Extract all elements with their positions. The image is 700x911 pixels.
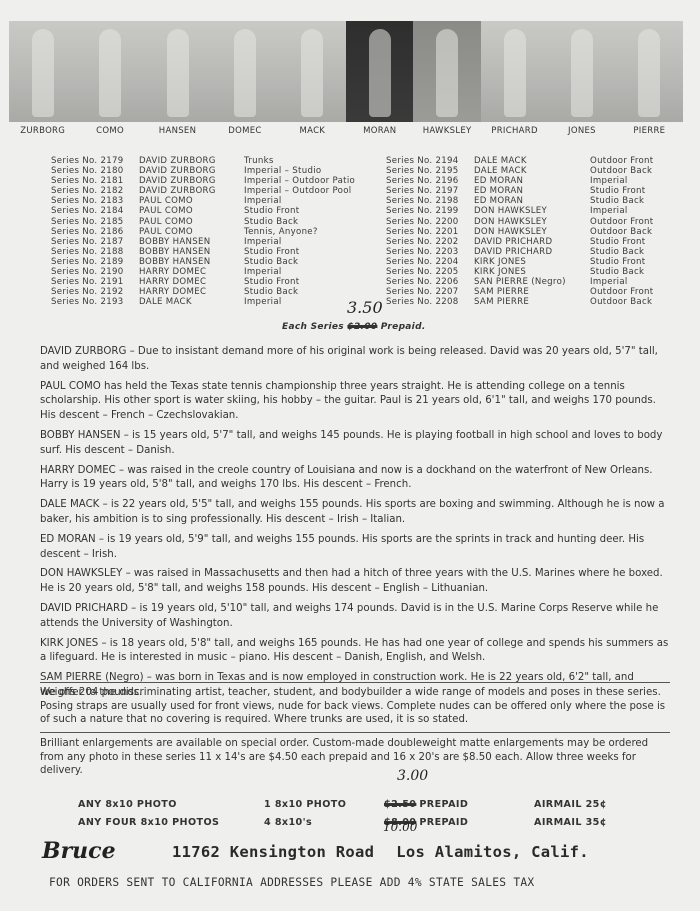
model-name: DALE MACK xyxy=(474,166,590,176)
series-number: Series No. 2188 xyxy=(51,247,139,257)
struck-price: $2.50 xyxy=(384,799,416,810)
series-number: Series No. 2201 xyxy=(386,227,474,237)
pose-type: Imperial xyxy=(244,297,282,307)
model-name: BOBBY HANSEN xyxy=(139,257,244,267)
series-number: Series No. 2193 xyxy=(51,297,139,307)
city-state: Los Alamitos, Calif. xyxy=(396,843,589,861)
model-name: DAVID PRICHARD xyxy=(474,237,590,247)
order-quantity: 1 8x10 PHOTO xyxy=(264,799,384,810)
model-photo-placeholder xyxy=(144,21,211,122)
series-number: Series No. 2205 xyxy=(386,267,474,277)
series-price-line: Each Series $2.00 Prepaid. xyxy=(282,322,426,332)
model-photo-placeholder xyxy=(279,21,346,122)
figure-silhouette xyxy=(571,29,593,117)
series-number: Series No. 2190 xyxy=(51,267,139,277)
series-number: Series No. 2195 xyxy=(386,166,474,176)
model-photo-placeholder xyxy=(9,21,76,122)
series-row: Series No. 2192HARRY DOMECStudio Back xyxy=(51,287,355,297)
price-terms: PREPAID xyxy=(419,799,468,810)
series-row: Series No. 2204KIRK JONESStudio Front xyxy=(386,257,653,267)
handwritten-four-price: 10.00 xyxy=(383,820,417,834)
model-name: HARRY DOMEC xyxy=(139,267,244,277)
series-number: Series No. 2191 xyxy=(51,277,139,287)
series-row: Series No. 2193DALE MACKImperial xyxy=(51,297,355,307)
series-row: Series No. 2191HARRY DOMECStudio Front xyxy=(51,277,355,287)
figure-silhouette xyxy=(504,29,526,117)
model-bio: BOBBY HANSEN – is 15 years old, 5'7" tal… xyxy=(40,429,670,459)
model-name: KIRK JONES xyxy=(474,257,590,267)
series-row: Series No. 2207SAM PIERREOutdoor Front xyxy=(386,287,653,297)
pose-type: Trunks xyxy=(244,156,274,166)
model-name: DAVID ZURBORG xyxy=(139,186,244,196)
order-label: ANY 8x10 PHOTO xyxy=(78,799,264,810)
pose-type: Imperial xyxy=(590,277,628,287)
pose-type: Imperial – Studio xyxy=(244,166,321,176)
series-row: Series No. 2197ED MORANStudio Front xyxy=(386,186,653,196)
pose-type: Imperial xyxy=(244,237,282,247)
order-option-row: ANY FOUR 8x10 PHOTOS4 8x10's$8.00PREPAID… xyxy=(78,813,634,831)
series-row: Series No. 2185PAUL COMOStudio Back xyxy=(51,217,355,227)
model-name: DAVID ZURBORG xyxy=(139,156,244,166)
figure-silhouette xyxy=(234,29,256,117)
series-number: Series No. 2179 xyxy=(51,156,139,166)
pose-type: Studio Front xyxy=(244,206,299,216)
mailing-address: 11762 Kensington RoadLos Alamitos, Calif… xyxy=(172,843,611,861)
model-photo-placeholder xyxy=(346,21,413,122)
model-name: DAVID PRICHARD xyxy=(474,247,590,257)
pose-type: Imperial xyxy=(590,206,628,216)
pose-type: Studio Back xyxy=(244,257,298,267)
series-row: Series No. 2180DAVID ZURBORGImperial – S… xyxy=(51,166,355,176)
model-photo-placeholder xyxy=(548,21,615,122)
series-number: Series No. 2200 xyxy=(386,217,474,227)
series-row: Series No. 2194DALE MACKOutdoor Front xyxy=(386,156,653,166)
model-caption: PIERRE xyxy=(616,126,683,136)
model-caption: ZURBORG xyxy=(9,126,76,136)
model-name: DALE MACK xyxy=(474,156,590,166)
series-row: Series No. 2187BOBBY HANSENImperial xyxy=(51,237,355,247)
pose-type: Outdoor Front xyxy=(590,287,653,297)
pose-type: Imperial – Outdoor Patio xyxy=(244,176,355,186)
model-bio: DAVID ZURBORG – Due to insistant demand … xyxy=(40,345,670,375)
series-number: Series No. 2189 xyxy=(51,257,139,267)
handwritten-series-price: 3.50 xyxy=(347,298,383,317)
model-name: HARRY DOMEC xyxy=(139,287,244,297)
series-number: Series No. 2198 xyxy=(386,196,474,206)
series-row: Series No. 2182DAVID ZURBORGImperial – O… xyxy=(51,186,355,196)
model-name: DALE MACK xyxy=(139,297,244,307)
model-bio: PAUL COMO has held the Texas state tenni… xyxy=(40,380,670,424)
series-row: Series No. 2198ED MORANStudio Back xyxy=(386,196,653,206)
series-number: Series No. 2185 xyxy=(51,217,139,227)
series-row: Series No. 2202DAVID PRICHARDStudio Fron… xyxy=(386,237,653,247)
order-option-row: ANY 8x10 PHOTO1 8x10 PHOTO$2.50PREPAIDAI… xyxy=(78,795,634,813)
figure-silhouette xyxy=(436,29,458,117)
model-bio: DAVID PRICHARD – is 19 years old, 5'10" … xyxy=(40,602,670,632)
figure-silhouette xyxy=(32,29,54,117)
pose-type: Outdoor Front xyxy=(590,217,653,227)
pose-type: Outdoor Back xyxy=(590,297,652,307)
pose-type: Tennis, Anyone? xyxy=(244,227,318,237)
order-price: $2.50PREPAID xyxy=(384,799,534,810)
model-caption: HANSEN xyxy=(144,126,211,136)
order-label: ANY FOUR 8x10 PHOTOS xyxy=(78,817,264,828)
series-row: Series No. 2188BOBBY HANSENStudio Front xyxy=(51,247,355,257)
price-prefix: Each Series xyxy=(282,322,347,332)
series-row: Series No. 2184PAUL COMOStudio Front xyxy=(51,206,355,216)
order-options: ANY 8x10 PHOTO1 8x10 PHOTO$2.50PREPAIDAI… xyxy=(78,795,634,831)
series-number: Series No. 2203 xyxy=(386,247,474,257)
model-photo-strip xyxy=(9,21,683,122)
model-caption: MACK xyxy=(279,126,346,136)
model-name: DON HAWKSLEY xyxy=(474,206,590,216)
model-caption: COMO xyxy=(76,126,143,136)
pose-type: Studio Front xyxy=(590,257,645,267)
model-name: DON HAWKSLEY xyxy=(474,227,590,237)
figure-silhouette xyxy=(167,29,189,117)
series-number: Series No. 2184 xyxy=(51,206,139,216)
series-row: Series No. 2190HARRY DOMECImperial xyxy=(51,267,355,277)
pose-type: Outdoor Back xyxy=(590,166,652,176)
series-number: Series No. 2182 xyxy=(51,186,139,196)
series-row: Series No. 2203DAVID PRICHARDStudio Back xyxy=(386,247,653,257)
model-photo-placeholder xyxy=(413,21,480,122)
model-photo-placeholder xyxy=(481,21,548,122)
pose-type: Studio Front xyxy=(590,237,645,247)
model-bio: ED MORAN – is 19 years old, 5'9" tall, a… xyxy=(40,533,670,563)
series-row: Series No. 2200DON HAWKSLEYOutdoor Front xyxy=(386,217,653,227)
series-number: Series No. 2206 xyxy=(386,277,474,287)
model-bio: DALE MACK – is 22 years old, 5'5" tall, … xyxy=(40,498,670,528)
model-caption: HAWKSLEY xyxy=(413,126,480,136)
figure-silhouette xyxy=(301,29,323,117)
series-row: Series No. 2199DON HAWKSLEYImperial xyxy=(386,206,653,216)
pose-type: Studio Front xyxy=(244,247,299,257)
model-name: KIRK JONES xyxy=(474,267,590,277)
pose-type: Outdoor Back xyxy=(590,227,652,237)
pose-type: Outdoor Front xyxy=(590,156,653,166)
price-terms: PREPAID xyxy=(419,817,468,828)
series-number: Series No. 2187 xyxy=(51,237,139,247)
pose-type: Imperial xyxy=(244,267,282,277)
series-row: Series No. 2201DON HAWKSLEYOutdoor Back xyxy=(386,227,653,237)
model-name: DAVID ZURBORG xyxy=(139,166,244,176)
brand-logo: Bruce xyxy=(42,838,116,864)
model-caption: DOMEC xyxy=(211,126,278,136)
pose-type: Studio Front xyxy=(244,277,299,287)
series-row: Series No. 2183PAUL COMOImperial xyxy=(51,196,355,206)
series-number: Series No. 2181 xyxy=(51,176,139,186)
sales-tax-notice: FOR ORDERS SENT TO CALIFORNIA ADDRESSES … xyxy=(49,876,534,889)
model-name: BOBBY HANSEN xyxy=(139,237,244,247)
model-captions: ZURBORGCOMOHANSENDOMECMACKMORANHAWKSLEYP… xyxy=(9,126,683,136)
pose-type: Studio Back xyxy=(590,267,644,277)
series-number: Series No. 2186 xyxy=(51,227,139,237)
pose-type: Studio Back xyxy=(590,247,644,257)
price-suffix: Prepaid. xyxy=(377,322,425,332)
offer-paragraph: We offer to the discriminating artist, t… xyxy=(40,686,670,727)
model-photo-placeholder xyxy=(211,21,278,122)
pose-type: Studio Front xyxy=(590,186,645,196)
model-name: ED MORAN xyxy=(474,196,590,206)
pose-type: Studio Back xyxy=(244,287,298,297)
model-name: BOBBY HANSEN xyxy=(139,247,244,257)
series-number: Series No. 2197 xyxy=(386,186,474,196)
figure-silhouette xyxy=(369,29,391,117)
series-row: Series No. 2208SAM PIERREOutdoor Back xyxy=(386,297,653,307)
divider xyxy=(40,682,670,683)
struck-series-price: $2.00 xyxy=(347,322,377,332)
model-name: PAUL COMO xyxy=(139,196,244,206)
model-name: DAVID ZURBORG xyxy=(139,176,244,186)
series-row: Series No. 2205KIRK JONESStudio Back xyxy=(386,267,653,277)
model-name: PAUL COMO xyxy=(139,227,244,237)
handwritten-single-price: 3.00 xyxy=(397,768,428,784)
model-bio: DON HAWKSLEY – was raised in Massachuset… xyxy=(40,567,670,597)
pose-type: Imperial xyxy=(590,176,628,186)
divider xyxy=(40,732,670,733)
model-bio: HARRY DOMEC – was raised in the creole c… xyxy=(40,464,670,494)
series-list-right: Series No. 2194DALE MACKOutdoor FrontSer… xyxy=(386,156,653,307)
model-name: ED MORAN xyxy=(474,176,590,186)
series-number: Series No. 2183 xyxy=(51,196,139,206)
airmail-price: AIRMAIL 35¢ xyxy=(534,817,634,828)
series-list-left: Series No. 2179DAVID ZURBORGTrunksSeries… xyxy=(51,156,355,307)
series-number: Series No. 2194 xyxy=(386,156,474,166)
series-row: Series No. 2186PAUL COMOTennis, Anyone? xyxy=(51,227,355,237)
series-row: Series No. 2206SAN PIERRE (Negro)Imperia… xyxy=(386,277,653,287)
series-row: Series No. 2189BOBBY HANSENStudio Back xyxy=(51,257,355,267)
figure-silhouette xyxy=(99,29,121,117)
series-number: Series No. 2208 xyxy=(386,297,474,307)
model-name: PAUL COMO xyxy=(139,217,244,227)
model-name: HARRY DOMEC xyxy=(139,277,244,287)
model-name: PAUL COMO xyxy=(139,206,244,216)
series-row: Series No. 2179DAVID ZURBORGTrunks xyxy=(51,156,355,166)
model-bios: DAVID ZURBORG – Due to insistant demand … xyxy=(40,345,670,706)
series-number: Series No. 2207 xyxy=(386,287,474,297)
airmail-price: AIRMAIL 25¢ xyxy=(534,799,634,810)
model-photo-placeholder xyxy=(616,21,683,122)
series-number: Series No. 2199 xyxy=(386,206,474,216)
pose-type: Imperial – Outdoor Pool xyxy=(244,186,351,196)
series-row: Series No. 2181DAVID ZURBORGImperial – O… xyxy=(51,176,355,186)
figure-silhouette xyxy=(638,29,660,117)
model-name: SAM PIERRE xyxy=(474,287,590,297)
model-name: ED MORAN xyxy=(474,186,590,196)
model-caption: MORAN xyxy=(346,126,413,136)
model-photo-placeholder xyxy=(76,21,143,122)
street-address: 11762 Kensington Road xyxy=(172,843,374,861)
series-number: Series No. 2202 xyxy=(386,237,474,247)
model-name: SAN PIERRE (Negro) xyxy=(474,277,590,287)
model-caption: PRICHARD xyxy=(481,126,548,136)
model-caption: JONES xyxy=(548,126,615,136)
enlargement-paragraph: Brilliant enlargements are available on … xyxy=(40,737,670,778)
series-number: Series No. 2196 xyxy=(386,176,474,186)
model-name: DON HAWKSLEY xyxy=(474,217,590,227)
order-quantity: 4 8x10's xyxy=(264,817,384,828)
series-row: Series No. 2196ED MORANImperial xyxy=(386,176,653,186)
series-number: Series No. 2192 xyxy=(51,287,139,297)
series-number: Series No. 2180 xyxy=(51,166,139,176)
pose-type: Studio Back xyxy=(590,196,644,206)
model-name: SAM PIERRE xyxy=(474,297,590,307)
pose-type: Studio Back xyxy=(244,217,298,227)
model-bio: KIRK JONES – is 18 years old, 5'8" tall,… xyxy=(40,637,670,667)
series-row: Series No. 2195DALE MACKOutdoor Back xyxy=(386,166,653,176)
pose-type: Imperial xyxy=(244,196,282,206)
series-number: Series No. 2204 xyxy=(386,257,474,267)
